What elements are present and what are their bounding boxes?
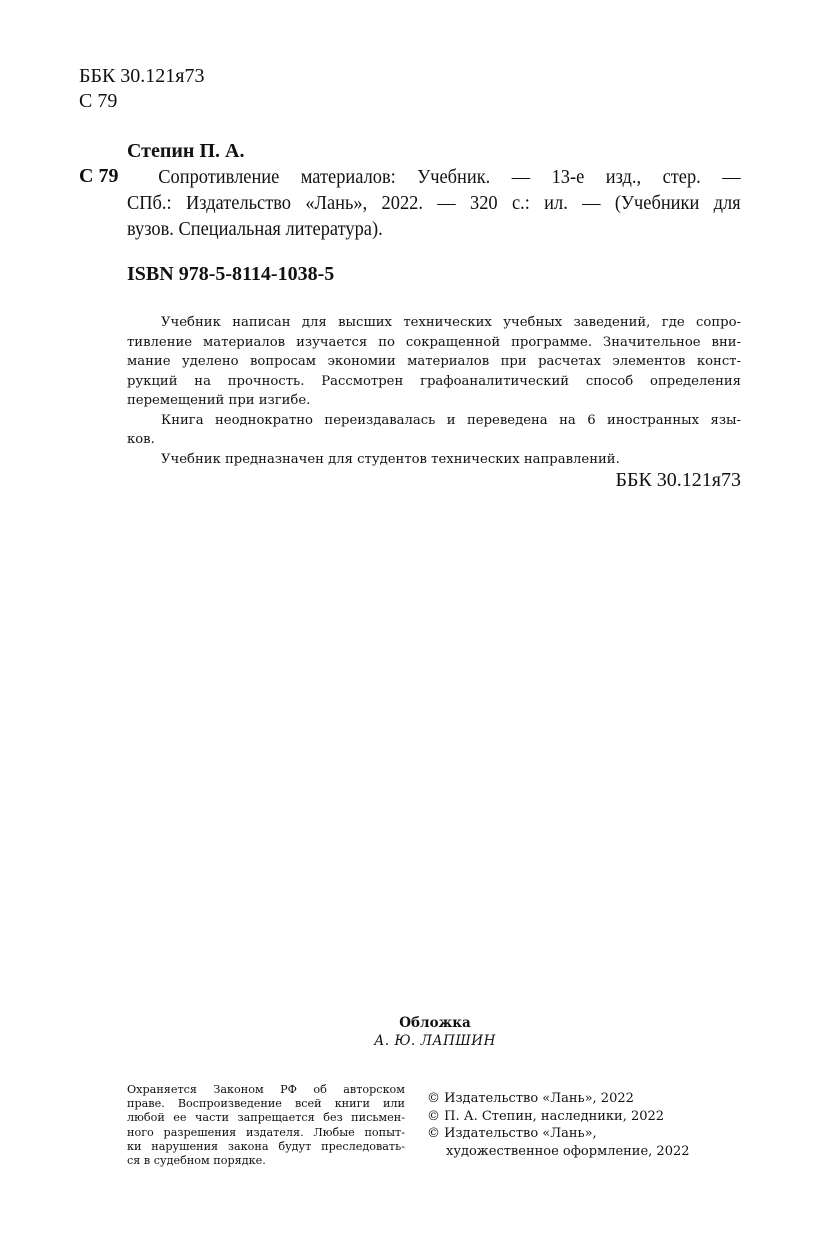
copyright-block: © Издательство «Лань», 2022 © П. А. Степ… (427, 1090, 690, 1160)
bib-line: Сопротивление материалов: Учебник. — 13-… (127, 164, 741, 190)
copyright-line: © Издательство «Лань», (427, 1125, 690, 1143)
annotation-line: тивление материалов изучается по сокраще… (127, 333, 741, 353)
legal-line: Охраняется Законом РФ об авторском (127, 1083, 405, 1097)
cover-label: Обложка (0, 1014, 827, 1032)
bib-line: СПб.: Издательство «Лань», 2022. — 320 с… (127, 190, 741, 216)
annotation-line: Учебник написан для высших технических у… (127, 313, 741, 333)
legal-line: ки нарушения закона будут преследовать- (127, 1140, 405, 1154)
annotation-line: перемещений при изгибе. (127, 391, 741, 411)
annotation-line: мание уделено вопросам экономии материал… (127, 352, 741, 372)
legal-line: ся в судебном порядке. (127, 1154, 405, 1168)
legal-line: праве. Воспроизведение всей книги или (127, 1097, 405, 1111)
copyright-line: художественное оформление, 2022 (427, 1143, 690, 1161)
copyright-line: © П. А. Степин, наследники, 2022 (427, 1108, 690, 1126)
isbn: ISBN 978-5-8114-1038-5 (127, 262, 334, 287)
author-mark-top: С 79 (79, 89, 117, 114)
annotation-line: ков. (127, 430, 741, 450)
bbk-code-bottom: ББК 30.121я73 (615, 468, 741, 493)
copyright-line: © Издательство «Лань», 2022 (427, 1090, 690, 1108)
bbk-code-top: ББК 30.121я73 (79, 64, 205, 89)
annotation-line: рукций на прочность. Рассмотрен графоана… (127, 372, 741, 392)
bibliographic-description: Сопротивление материалов: Учебник. — 13-… (127, 164, 692, 242)
legal-line: любой ее части запрещается без письмен- (127, 1111, 405, 1125)
bib-line: вузов. Специальная литература). (127, 216, 741, 242)
annotation-line: Учебник предназначен для студентов техни… (127, 450, 741, 470)
legal-notice: Охраняется Законом РФ об авторском праве… (127, 1083, 405, 1168)
cover-artist: А. Ю. ЛАПШИН (0, 1032, 827, 1050)
annotation-line: Книга неоднократно переиздавалась и пере… (127, 411, 741, 431)
author-name: Степин П. А. (127, 139, 244, 164)
legal-line: ного разрешения издателя. Любые попыт- (127, 1126, 405, 1140)
author-mark: С 79 (79, 164, 118, 189)
annotation: Учебник написан для высших технических у… (127, 313, 741, 469)
